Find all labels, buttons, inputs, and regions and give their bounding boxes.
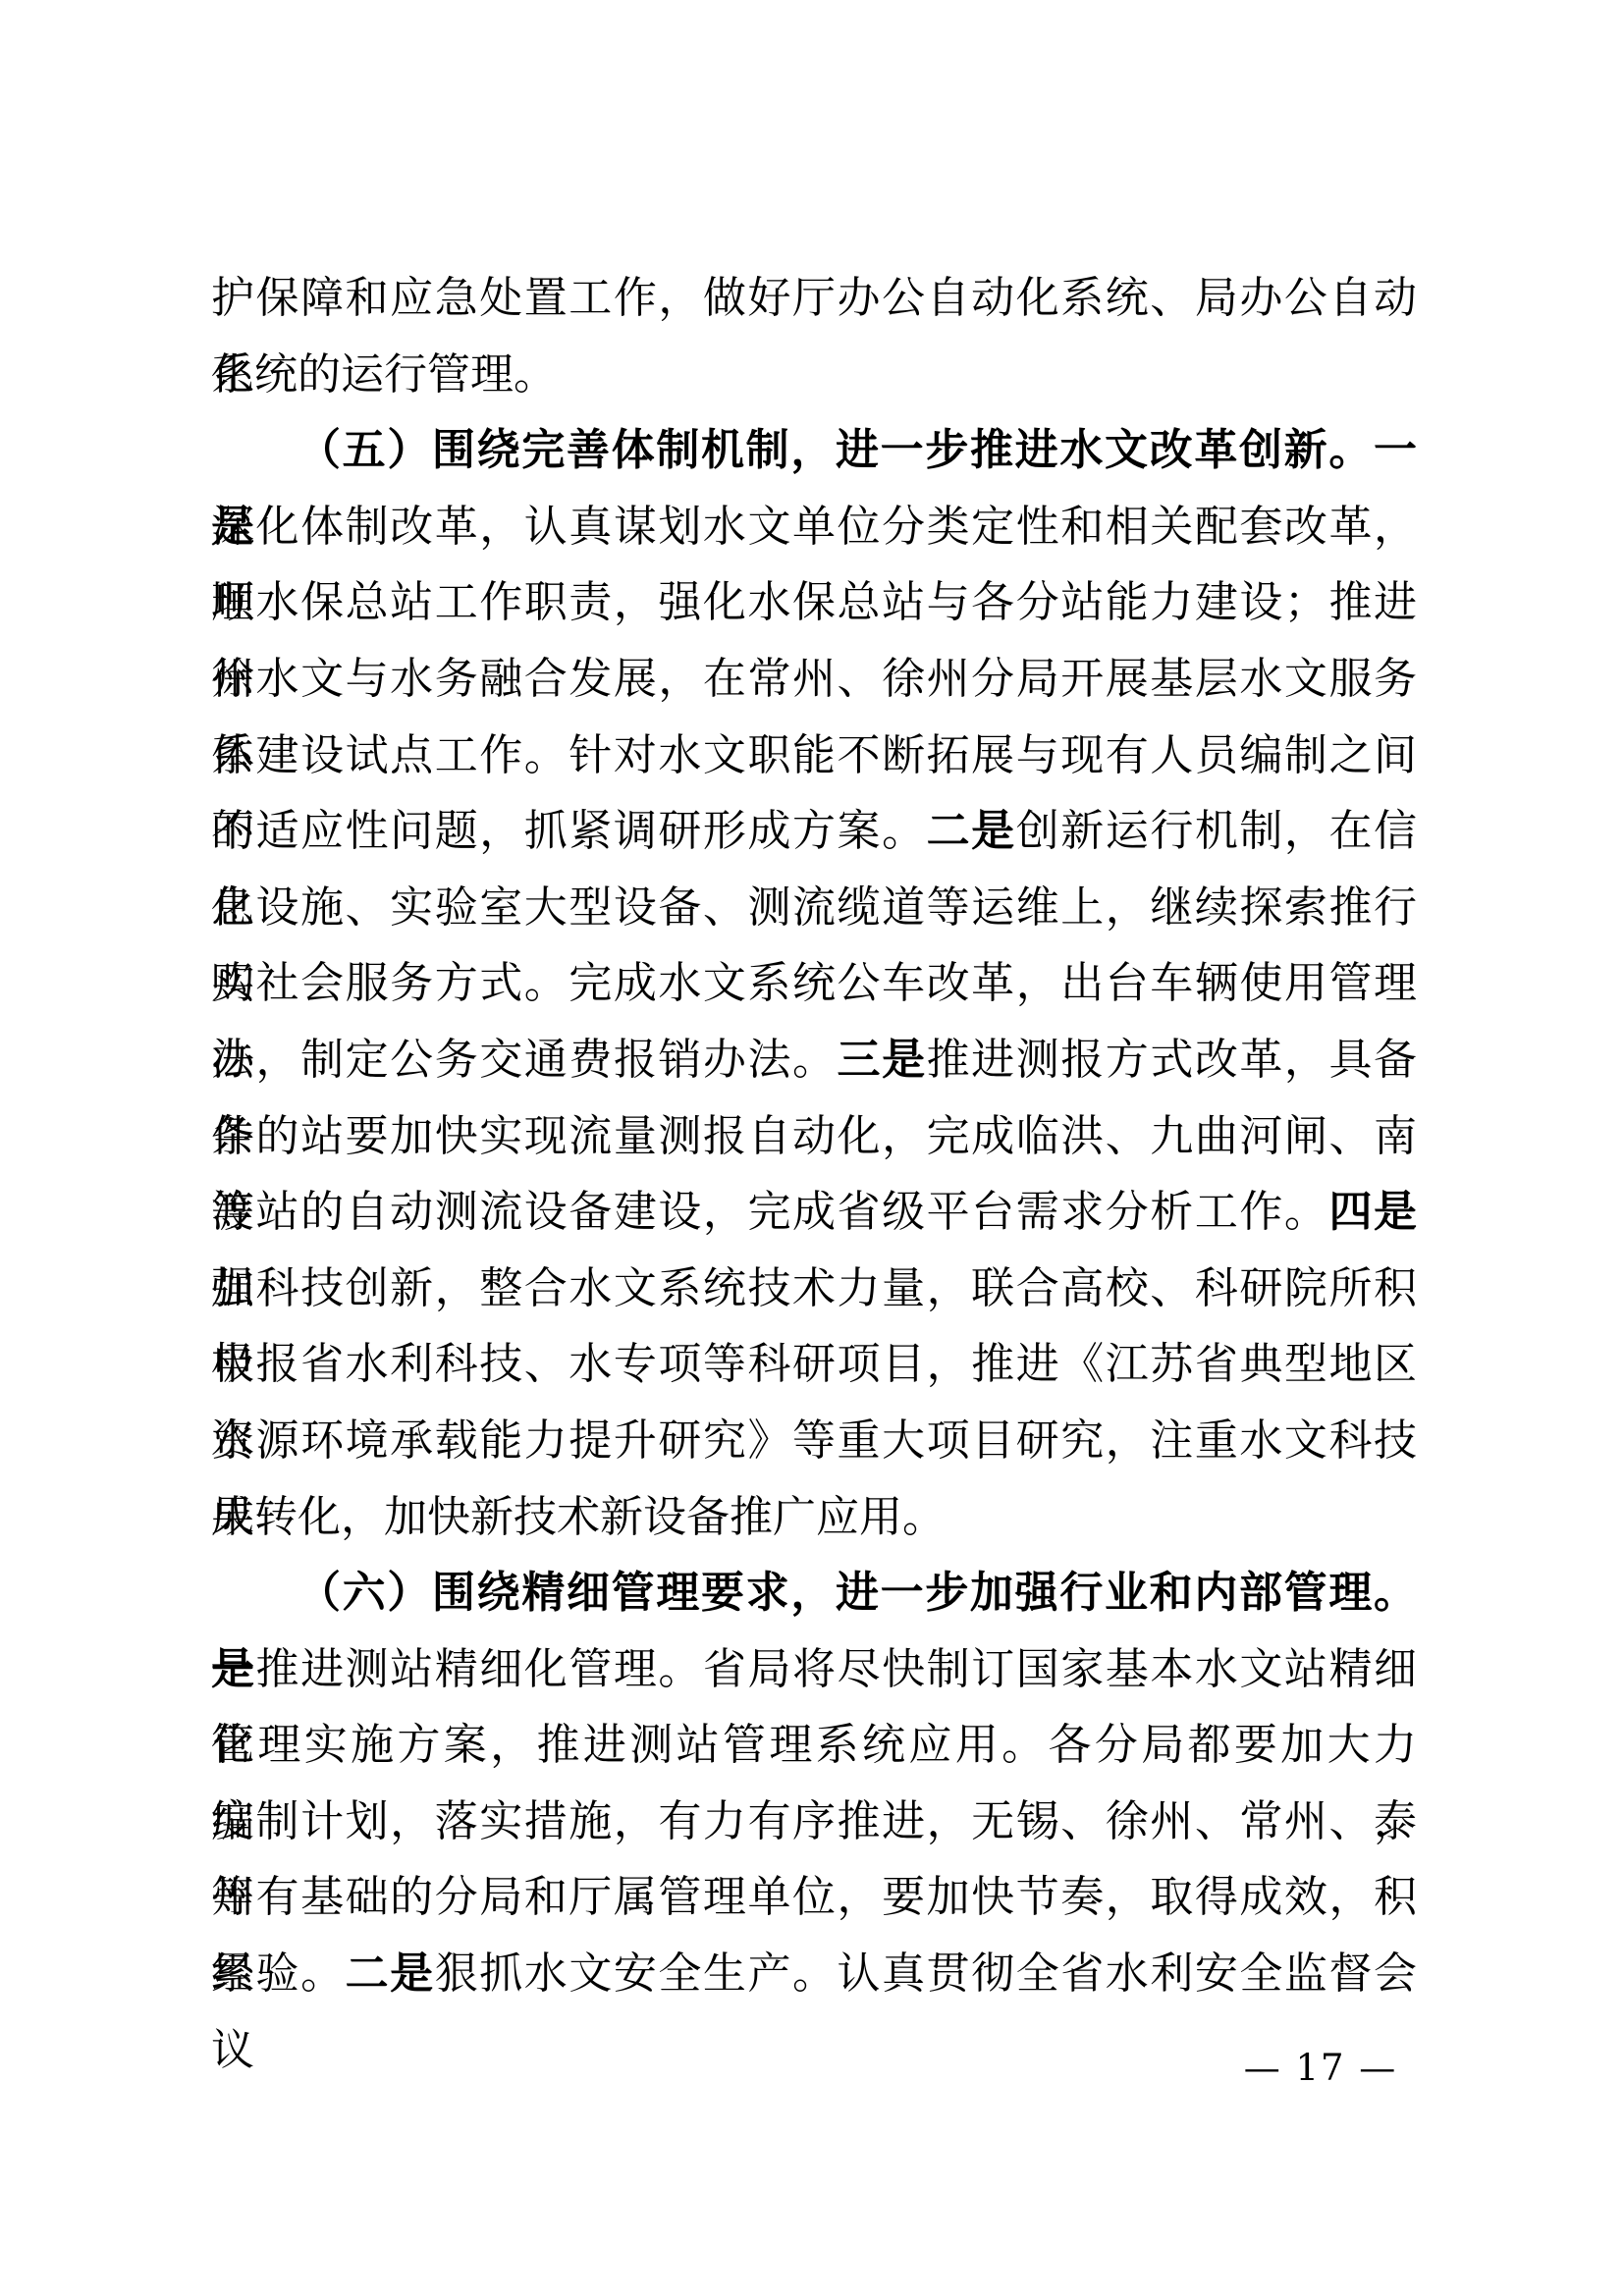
text-line: 是推进测站精细化管理。省局将尽快制订国家基本水文站精细化 bbox=[211, 1631, 1417, 1708]
page-number: — 17 — bbox=[1222, 2047, 1419, 2090]
text-line: 法，制定公务交通费报销办法。三是推进测报方式改革，具备条 bbox=[211, 1022, 1417, 1098]
text-line: 系建设试点工作。针对水文职能不断拓展与现有人员编制之间的 bbox=[211, 718, 1417, 794]
text-line: 编制计划，落实措施，有力有序推进，无锡、徐州、常州、泰州 bbox=[211, 1784, 1417, 1860]
enumerator-text: 是 bbox=[211, 1644, 256, 1694]
text-line: 果转化，加快新技术新设备推广应用。 bbox=[211, 1479, 1417, 1556]
body-text: 等站的自动测流设备建设，完成省级平台需求分析工作。 bbox=[211, 1187, 1328, 1237]
enumerator-text: 二是 bbox=[346, 1949, 435, 1999]
text-line: 州水文与水务融合发展，在常州、徐州分局开展基层水文服务体 bbox=[211, 641, 1417, 718]
body-text: 系统的运行管理。 bbox=[211, 349, 557, 400]
enumerator-text: 四是 bbox=[1328, 1187, 1417, 1237]
text-line: 申报省水利科技、水专项等科研项目，推进《江苏省典型地区水 bbox=[211, 1326, 1417, 1403]
text-line: 护保障和应急处置工作，做好厅办公自动化系统、局办公自动化 bbox=[211, 260, 1417, 337]
text-line: 资源环境承载能力提升研究》等重大项目研究，注重水文科技成 bbox=[211, 1403, 1417, 1479]
body-text: 经验。 bbox=[211, 1949, 346, 1999]
text-line: 经验。二是狠抓水文安全生产。认真贯彻全省水利安全监督会议 bbox=[211, 1936, 1417, 2012]
body-text: 法，制定公务交通费报销办法。 bbox=[211, 1035, 838, 1085]
document-page: 护保障和应急处置工作，做好厅办公自动化系统、局办公自动化系统的运行管理。（五）围… bbox=[0, 0, 1624, 2296]
body-text: 不适应性问题，抓紧调研形成方案。 bbox=[211, 806, 927, 856]
body-text: 果转化，加快新技术新设备推广应用。 bbox=[211, 1492, 946, 1542]
text-line: 系统的运行管理。 bbox=[211, 337, 1417, 413]
text-line: （五）围绕完善体制机制，进一步推进水文改革创新。一是 bbox=[211, 412, 1417, 489]
enumerator-text: 三是 bbox=[838, 1035, 927, 1085]
enumerator-text: 二是 bbox=[927, 806, 1016, 856]
text-line: 买社会服务方式。完成水文系统公车改革，出台车辆使用管理办 bbox=[211, 945, 1417, 1022]
section-heading-text: （五）围绕完善体制机制，进一步推进水文改革创新。 bbox=[298, 425, 1374, 475]
text-line: 化设施、实验室大型设备、测流缆道等运维上，继续探索推行购 bbox=[211, 870, 1417, 946]
text-block: 护保障和应急处置工作，做好厅办公自动化系统、局办公自动化系统的运行管理。（五）围… bbox=[211, 260, 1417, 2012]
text-line: 强科技创新，整合水文系统技术力量，联合高校、科研院所积极 bbox=[211, 1251, 1417, 1327]
text-line: 管理实施方案，推进测站管理系统应用。各分局都要加大力度， bbox=[211, 1707, 1417, 1784]
text-line: 件的站要加快实现流量测报自动化，完成临洪、九曲河闸、南渡 bbox=[211, 1098, 1417, 1175]
text-line: 等有基础的分局和厅属管理单位，要加快节奏，取得成效，积累 bbox=[211, 1859, 1417, 1936]
text-line: 深化体制改革，认真谋划水文单位分类定性和相关配套改革，理 bbox=[211, 489, 1417, 565]
section-heading-text: （六）围绕精细管理要求，进一步加强行业和内部管理。 bbox=[298, 1568, 1417, 1618]
text-line: （六）围绕精细管理要求，进一步加强行业和内部管理。一 bbox=[211, 1555, 1417, 1631]
text-line: 不适应性问题，抓紧调研形成方案。二是创新运行机制，在信息 bbox=[211, 793, 1417, 870]
text-line: 顺水保总站工作职责，强化水保总站与各分站能力建设；推进徐 bbox=[211, 564, 1417, 641]
text-line: 等站的自动测流设备建设，完成省级平台需求分析工作。四是加 bbox=[211, 1174, 1417, 1251]
